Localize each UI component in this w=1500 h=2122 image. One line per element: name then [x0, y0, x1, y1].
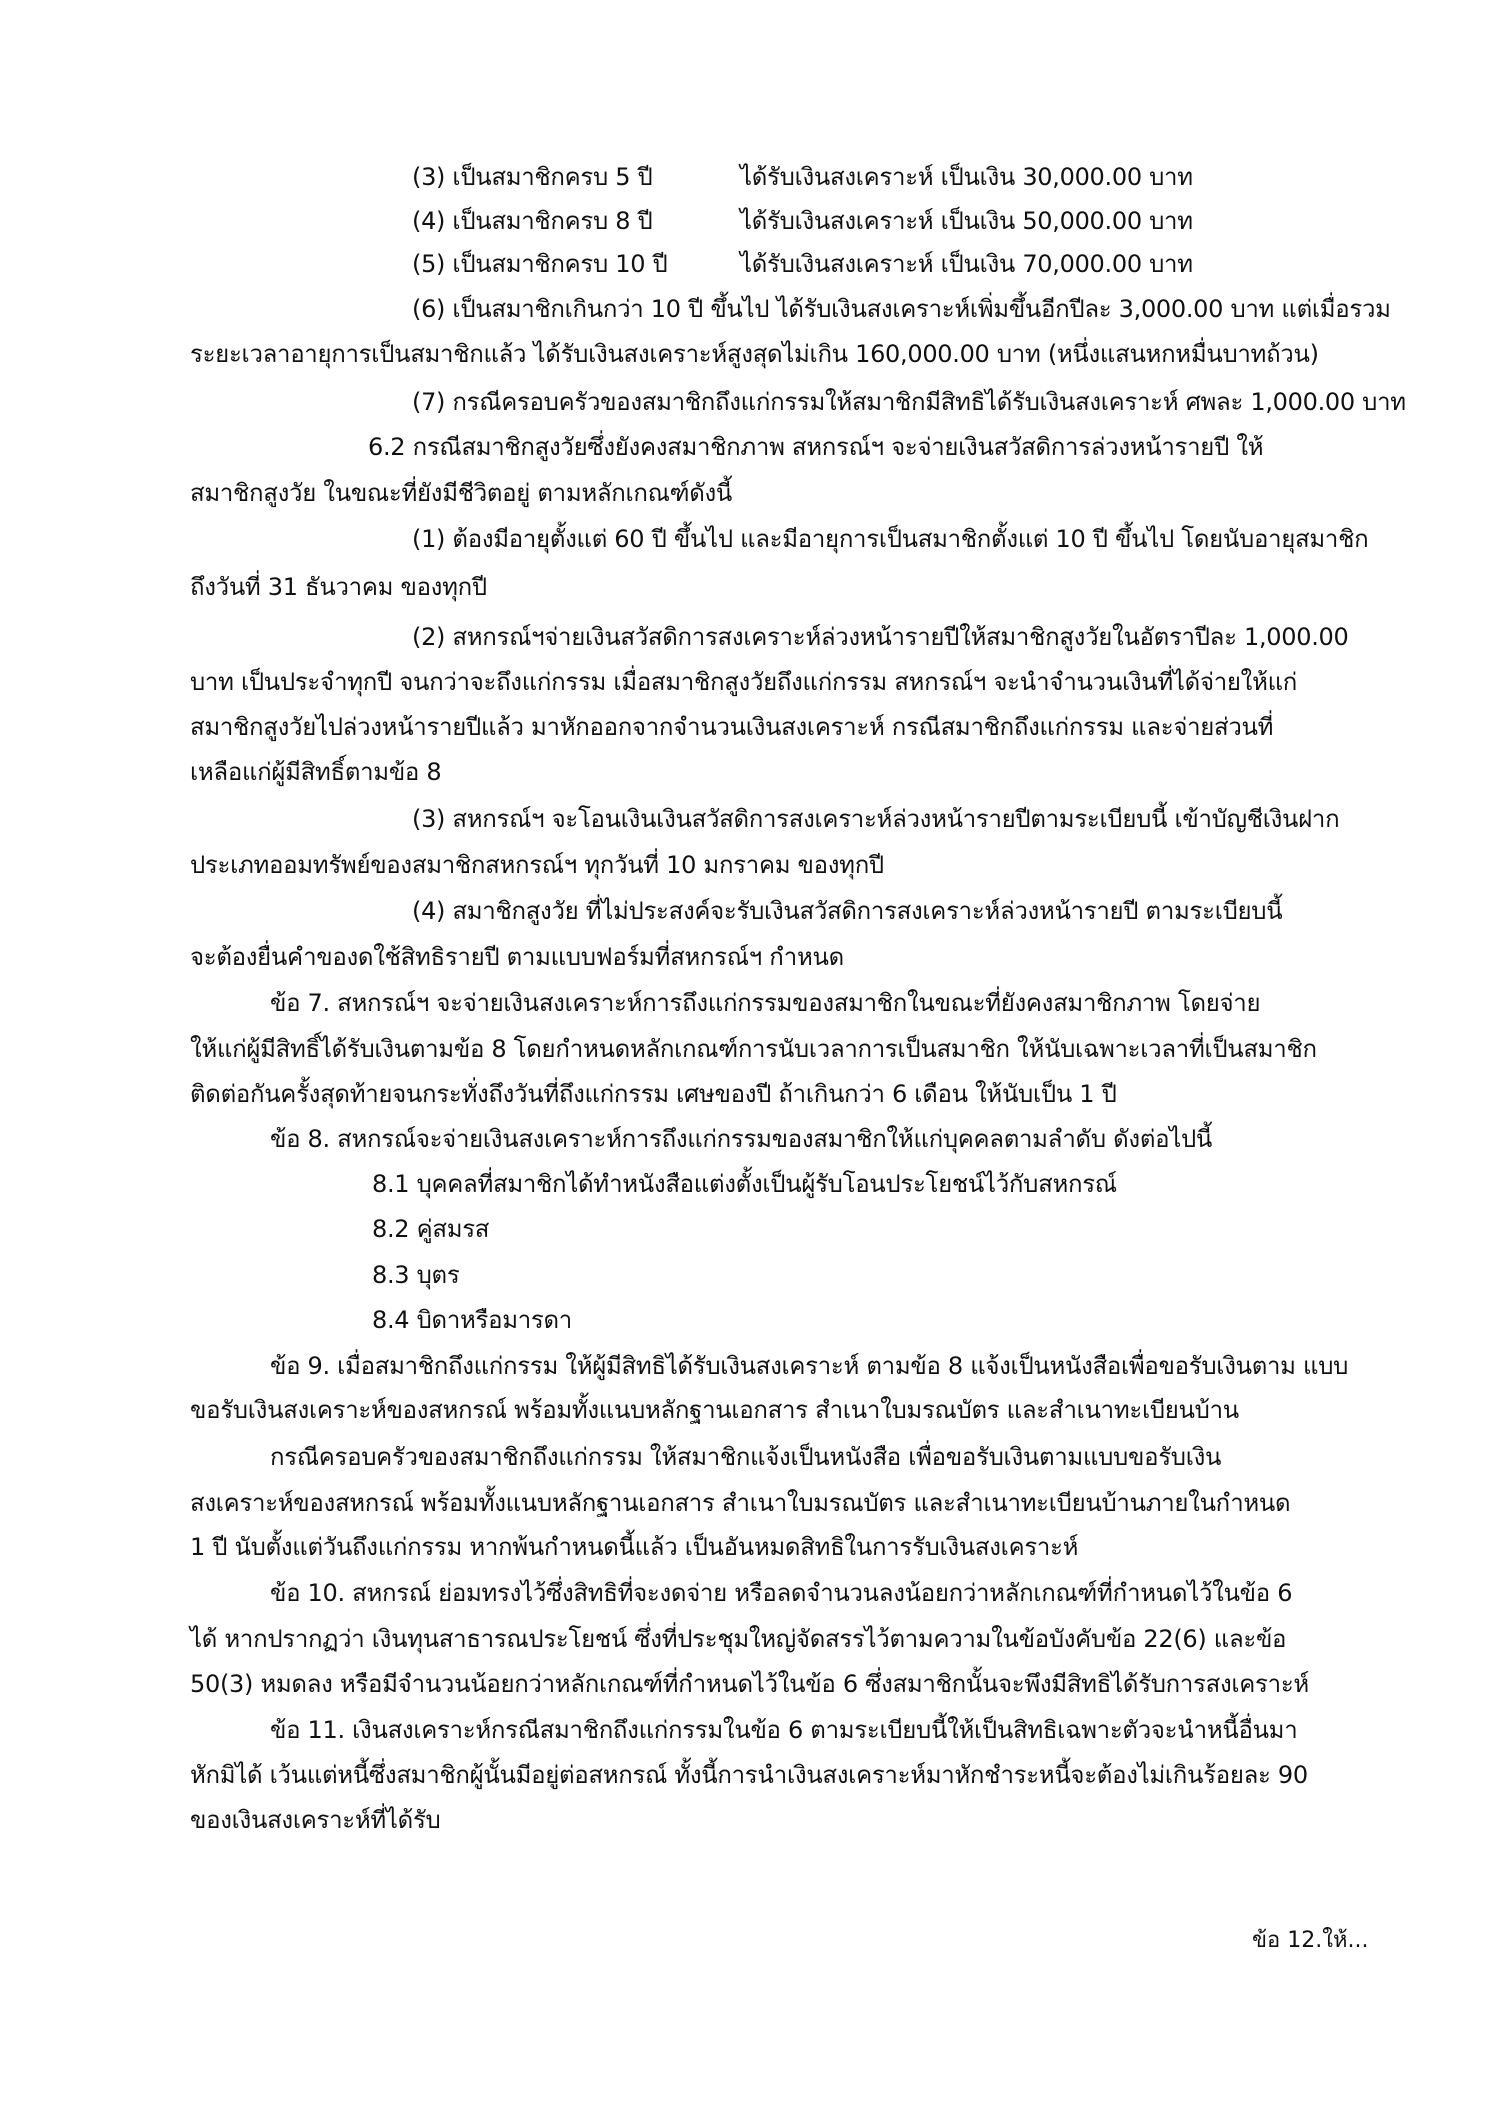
paragraph-line: ระยะเวลาอายุการเป็นสมาชิกแล้ว ได้รับเงิน…: [190, 337, 1319, 371]
benefit-condition: (3) เป็นสมาชิกครบ 5 ปี: [412, 163, 652, 191]
section-heading-6-2: 6.2 กรณีสมาชิกสูงวัยซึ่งยังคงสมาชิกภาพ ส…: [368, 430, 1263, 464]
benefit-row-10-years: (5) เป็นสมาชิกครบ 10 ปี ได้รับเงินสงเครา…: [412, 247, 667, 281]
list-item-8-4: 8.4 บิดาหรือมารดา: [372, 1303, 572, 1337]
document-page: (3) เป็นสมาชิกครบ 5 ปี ได้รับเงินสงเคราะ…: [0, 0, 1500, 2122]
paragraph-line: (1) ต้องมีอายุตั้งแต่ 60 ปี ขึ้นไป และมี…: [412, 522, 1368, 556]
clause-9-heading: ข้อ 9. เมื่อสมาชิกถึงแก่กรรม ให้ผู้มีสิท…: [270, 1349, 1348, 1383]
paragraph-line: สมาชิกสูงวัย ในขณะที่ยังมีชีวิตอยู่ ตามห…: [190, 476, 732, 510]
clause-10-heading: ข้อ 10. สหกรณ์ ย่อมทรงไว้ซึ่งสิทธิที่จะง…: [270, 1576, 1292, 1610]
paragraph-line: 1 ปี นับตั้งแต่วันถึงแก่กรรม หากพ้นกำหนด…: [190, 1530, 1078, 1564]
benefit-condition: (4) เป็นสมาชิกครบ 8 ปี: [412, 207, 652, 235]
continuation-marker: ข้อ 12.ให้...: [1252, 1926, 1368, 1956]
paragraph-line: (4) สมาชิกสูงวัย ที่ไม่ประสงค์จะรับเงินส…: [412, 894, 1282, 928]
list-item-8-1: 8.1 บุคคลที่สมาชิกได้ทำหนังสือแต่งตั้งเป…: [372, 1167, 1117, 1201]
benefit-row-5-years: (3) เป็นสมาชิกครบ 5 ปี ได้รับเงินสงเคราะ…: [412, 160, 652, 194]
paragraph-line: ถึงวันที่ 31 ธันวาคม ของทุกปี: [190, 570, 487, 604]
paragraph-line: ของเงินสงเคราะห์ที่ได้รับ: [190, 1803, 440, 1837]
paragraph-line: หักมิได้ เว้นแต่หนี้ซึ่งสมาชิกผู้นั้นมีอ…: [190, 1758, 1308, 1792]
paragraph-line: (3) สหกรณ์ฯ จะโอนเงินเงินสวัสดิการสงเครา…: [412, 802, 1339, 836]
paragraph-line: จะต้องยื่นคำของดใช้สิทธิรายปี ตามแบบฟอร์…: [190, 940, 844, 974]
benefit-row-8-years: (4) เป็นสมาชิกครบ 8 ปี ได้รับเงินสงเคราะ…: [412, 204, 652, 238]
benefit-amount: ได้รับเงินสงเคราะห์ เป็นเงิน 30,000.00 บ…: [740, 160, 1193, 194]
paragraph-line: (7) กรณีครอบครัวของสมาชิกถึงแก่กรรมให้สม…: [412, 385, 1406, 419]
benefit-amount: ได้รับเงินสงเคราะห์ เป็นเงิน 70,000.00 บ…: [740, 247, 1193, 281]
paragraph-line: สมาชิกสูงวัยไปล่วงหน้ารายปีแล้ว มาหักออก…: [190, 710, 1273, 744]
paragraph-line: ขอรับเงินสงเคราะห์ของสหกรณ์ พร้อมทั้งแนบ…: [190, 1393, 1239, 1427]
paragraph-line: 50(3) หมดลง หรือมีจำนวนน้อยกว่าหลักเกณฑ์…: [190, 1667, 1309, 1701]
benefit-condition: (5) เป็นสมาชิกครบ 10 ปี: [412, 250, 667, 278]
list-item-8-2: 8.2 คู่สมรส: [372, 1212, 489, 1246]
clause-11-heading: ข้อ 11. เงินสงเคราะห์กรณีสมาชิกถึงแก่กรร…: [270, 1713, 1297, 1747]
paragraph-line: ได้ หากปรากฏว่า เงินทุนสาธารณประโยชน์ ซึ…: [190, 1622, 1286, 1656]
paragraph-line: เหลือแก่ผู้มีสิทธิ์ตามข้อ 8: [190, 755, 441, 789]
clause-8-heading: ข้อ 8. สหกรณ์จะจ่ายเงินสงเคราะห์การถึงแก…: [270, 1122, 1212, 1156]
paragraph-line: สงเคราะห์ของสหกรณ์ พร้อมทั้งแนบหลักฐานเอ…: [190, 1486, 1290, 1520]
paragraph-line: ติดต่อกันครั้งสุดท้ายจนกระทั่งถึงวันที่ถ…: [190, 1077, 1117, 1111]
paragraph-line: บาท เป็นประจำทุกปี จนกว่าจะถึงแก่กรรม เม…: [190, 665, 1297, 699]
paragraph-line: (2) สหกรณ์ฯจ่ายเงินสวัสดิการสงเคราะห์ล่ว…: [412, 620, 1348, 654]
list-item-8-3: 8.3 บุตร: [372, 1258, 459, 1292]
paragraph-line: (6) เป็นสมาชิกเกินกว่า 10 ปี ขึ้นไป ได้ร…: [412, 292, 1391, 326]
paragraph-line: ให้แก่ผู้มีสิทธิ์ได้รับเงินตามข้อ 8 โดยก…: [190, 1032, 1317, 1066]
paragraph-line: ประเภทออมทรัพย์ของสมาชิกสหกรณ์ฯ ทุกวันที…: [190, 848, 884, 882]
clause-7-heading: ข้อ 7. สหกรณ์ฯ จะจ่ายเงินสงเคราะห์การถึง…: [270, 986, 1260, 1020]
benefit-amount: ได้รับเงินสงเคราะห์ เป็นเงิน 50,000.00 บ…: [740, 204, 1193, 238]
paragraph-line: กรณีครอบครัวของสมาชิกถึงแก่กรรม ให้สมาชิ…: [270, 1440, 1221, 1474]
